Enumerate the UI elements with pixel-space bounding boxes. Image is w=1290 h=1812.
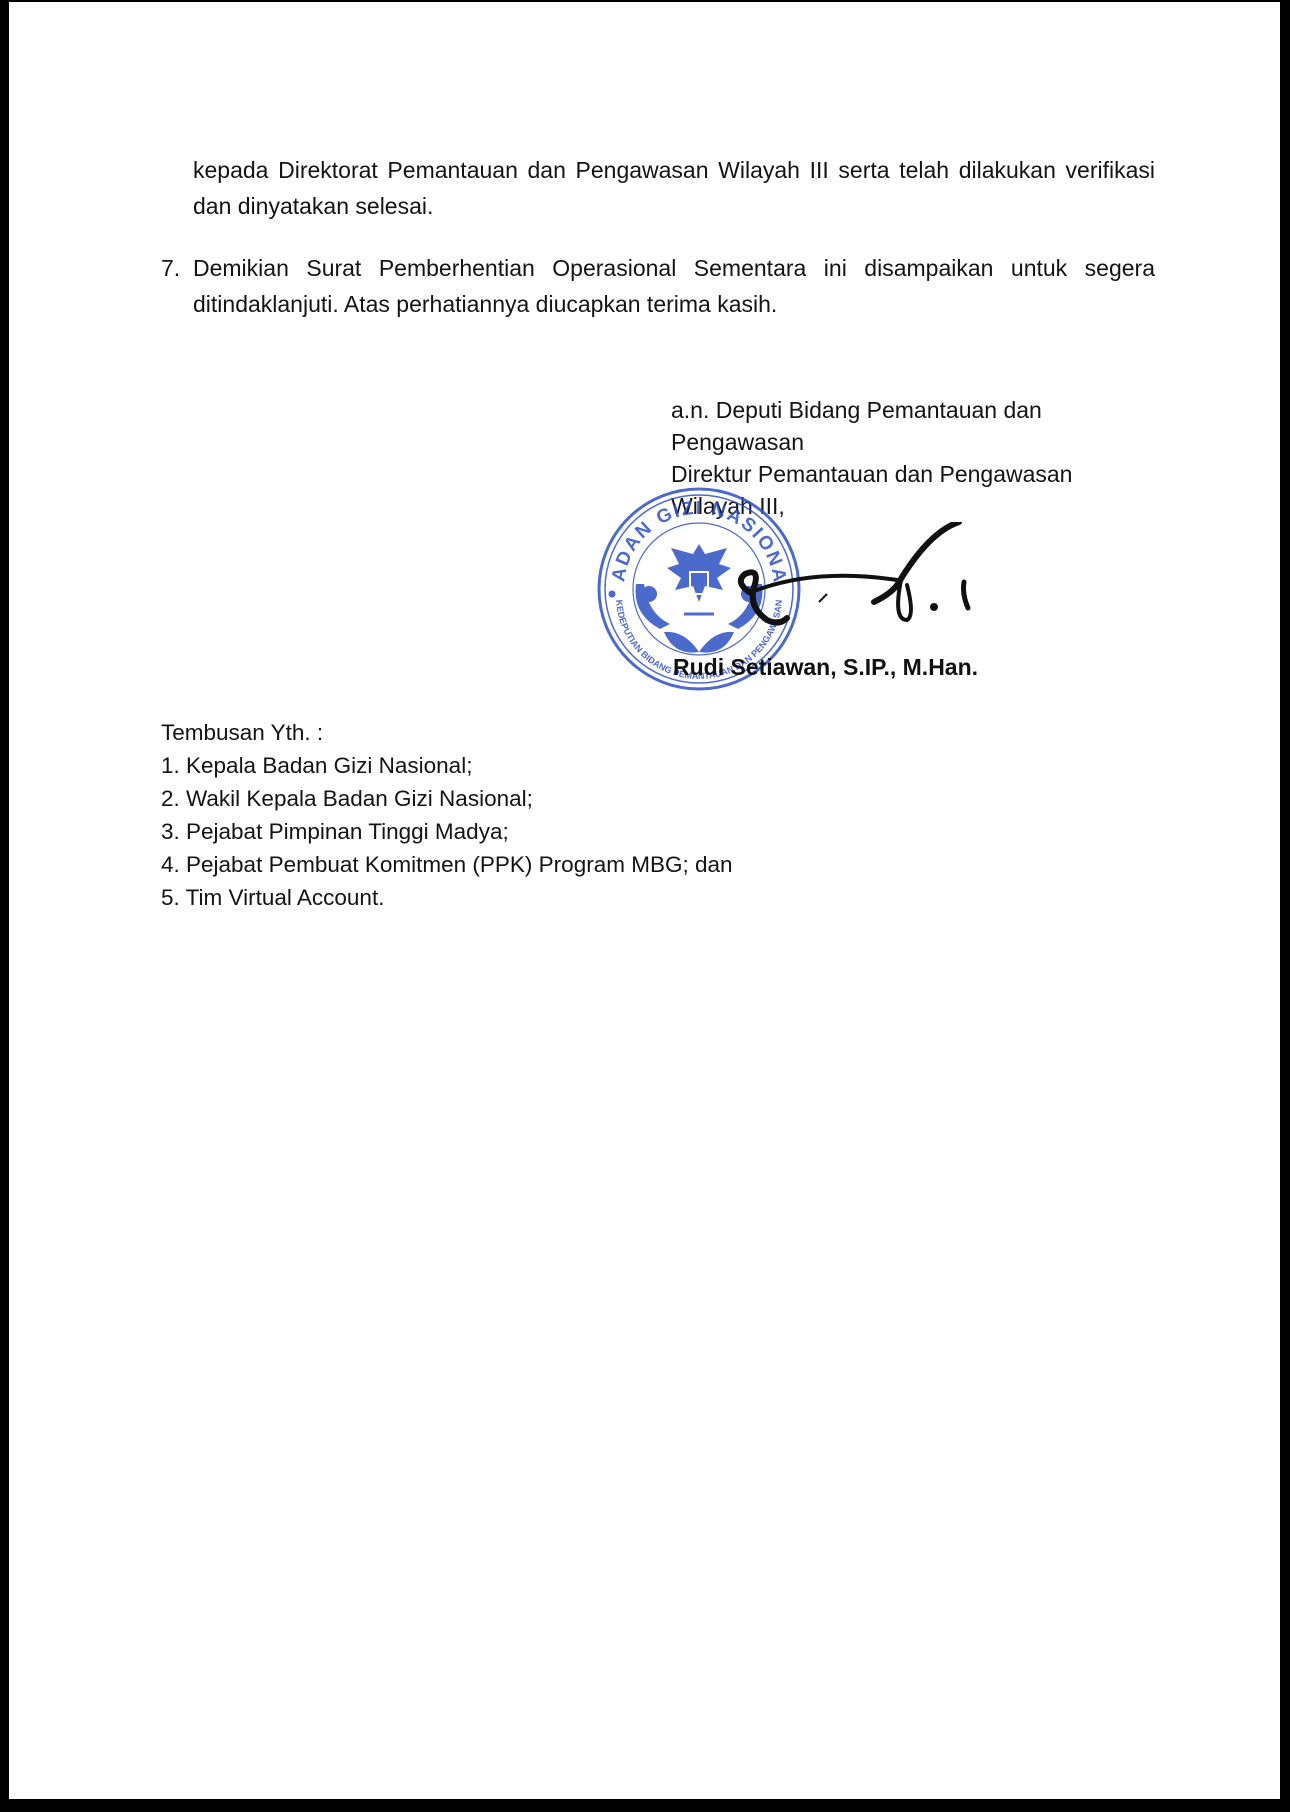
continuation-paragraph: kepada Direktorat Pemantauan dan Pengawa… <box>193 152 1155 224</box>
signature-line-1: a.n. Deputi Bidang Pemantauan dan <box>671 394 1042 426</box>
carbon-copy-item: 5. Tim Virtual Account. <box>161 881 384 914</box>
paragraph-7-number: 7. <box>161 250 180 286</box>
carbon-copy-item: 2. Wakil Kepala Badan Gizi Nasional; <box>161 782 533 815</box>
signatory-name: Rudi Setiawan, S.IP., M.Han. <box>673 654 978 681</box>
paragraph-7-text: Demikian Surat Pemberhentian Operasional… <box>193 250 1155 322</box>
carbon-copy-item: 3. Pejabat Pimpinan Tinggi Madya; <box>161 815 509 848</box>
signature-line-2: Pengawasan <box>671 426 804 458</box>
carbon-copy-item: 1. Kepala Badan Gizi Nasional; <box>161 749 472 782</box>
handwritten-signature-icon <box>729 522 1029 662</box>
carbon-copy-heading: Tembusan Yth. : <box>161 716 323 749</box>
carbon-copy-item: 4. Pejabat Pembuat Komitmen (PPK) Progra… <box>161 848 733 881</box>
document-page: kepada Direktorat Pemantauan dan Pengawa… <box>9 2 1280 1799</box>
